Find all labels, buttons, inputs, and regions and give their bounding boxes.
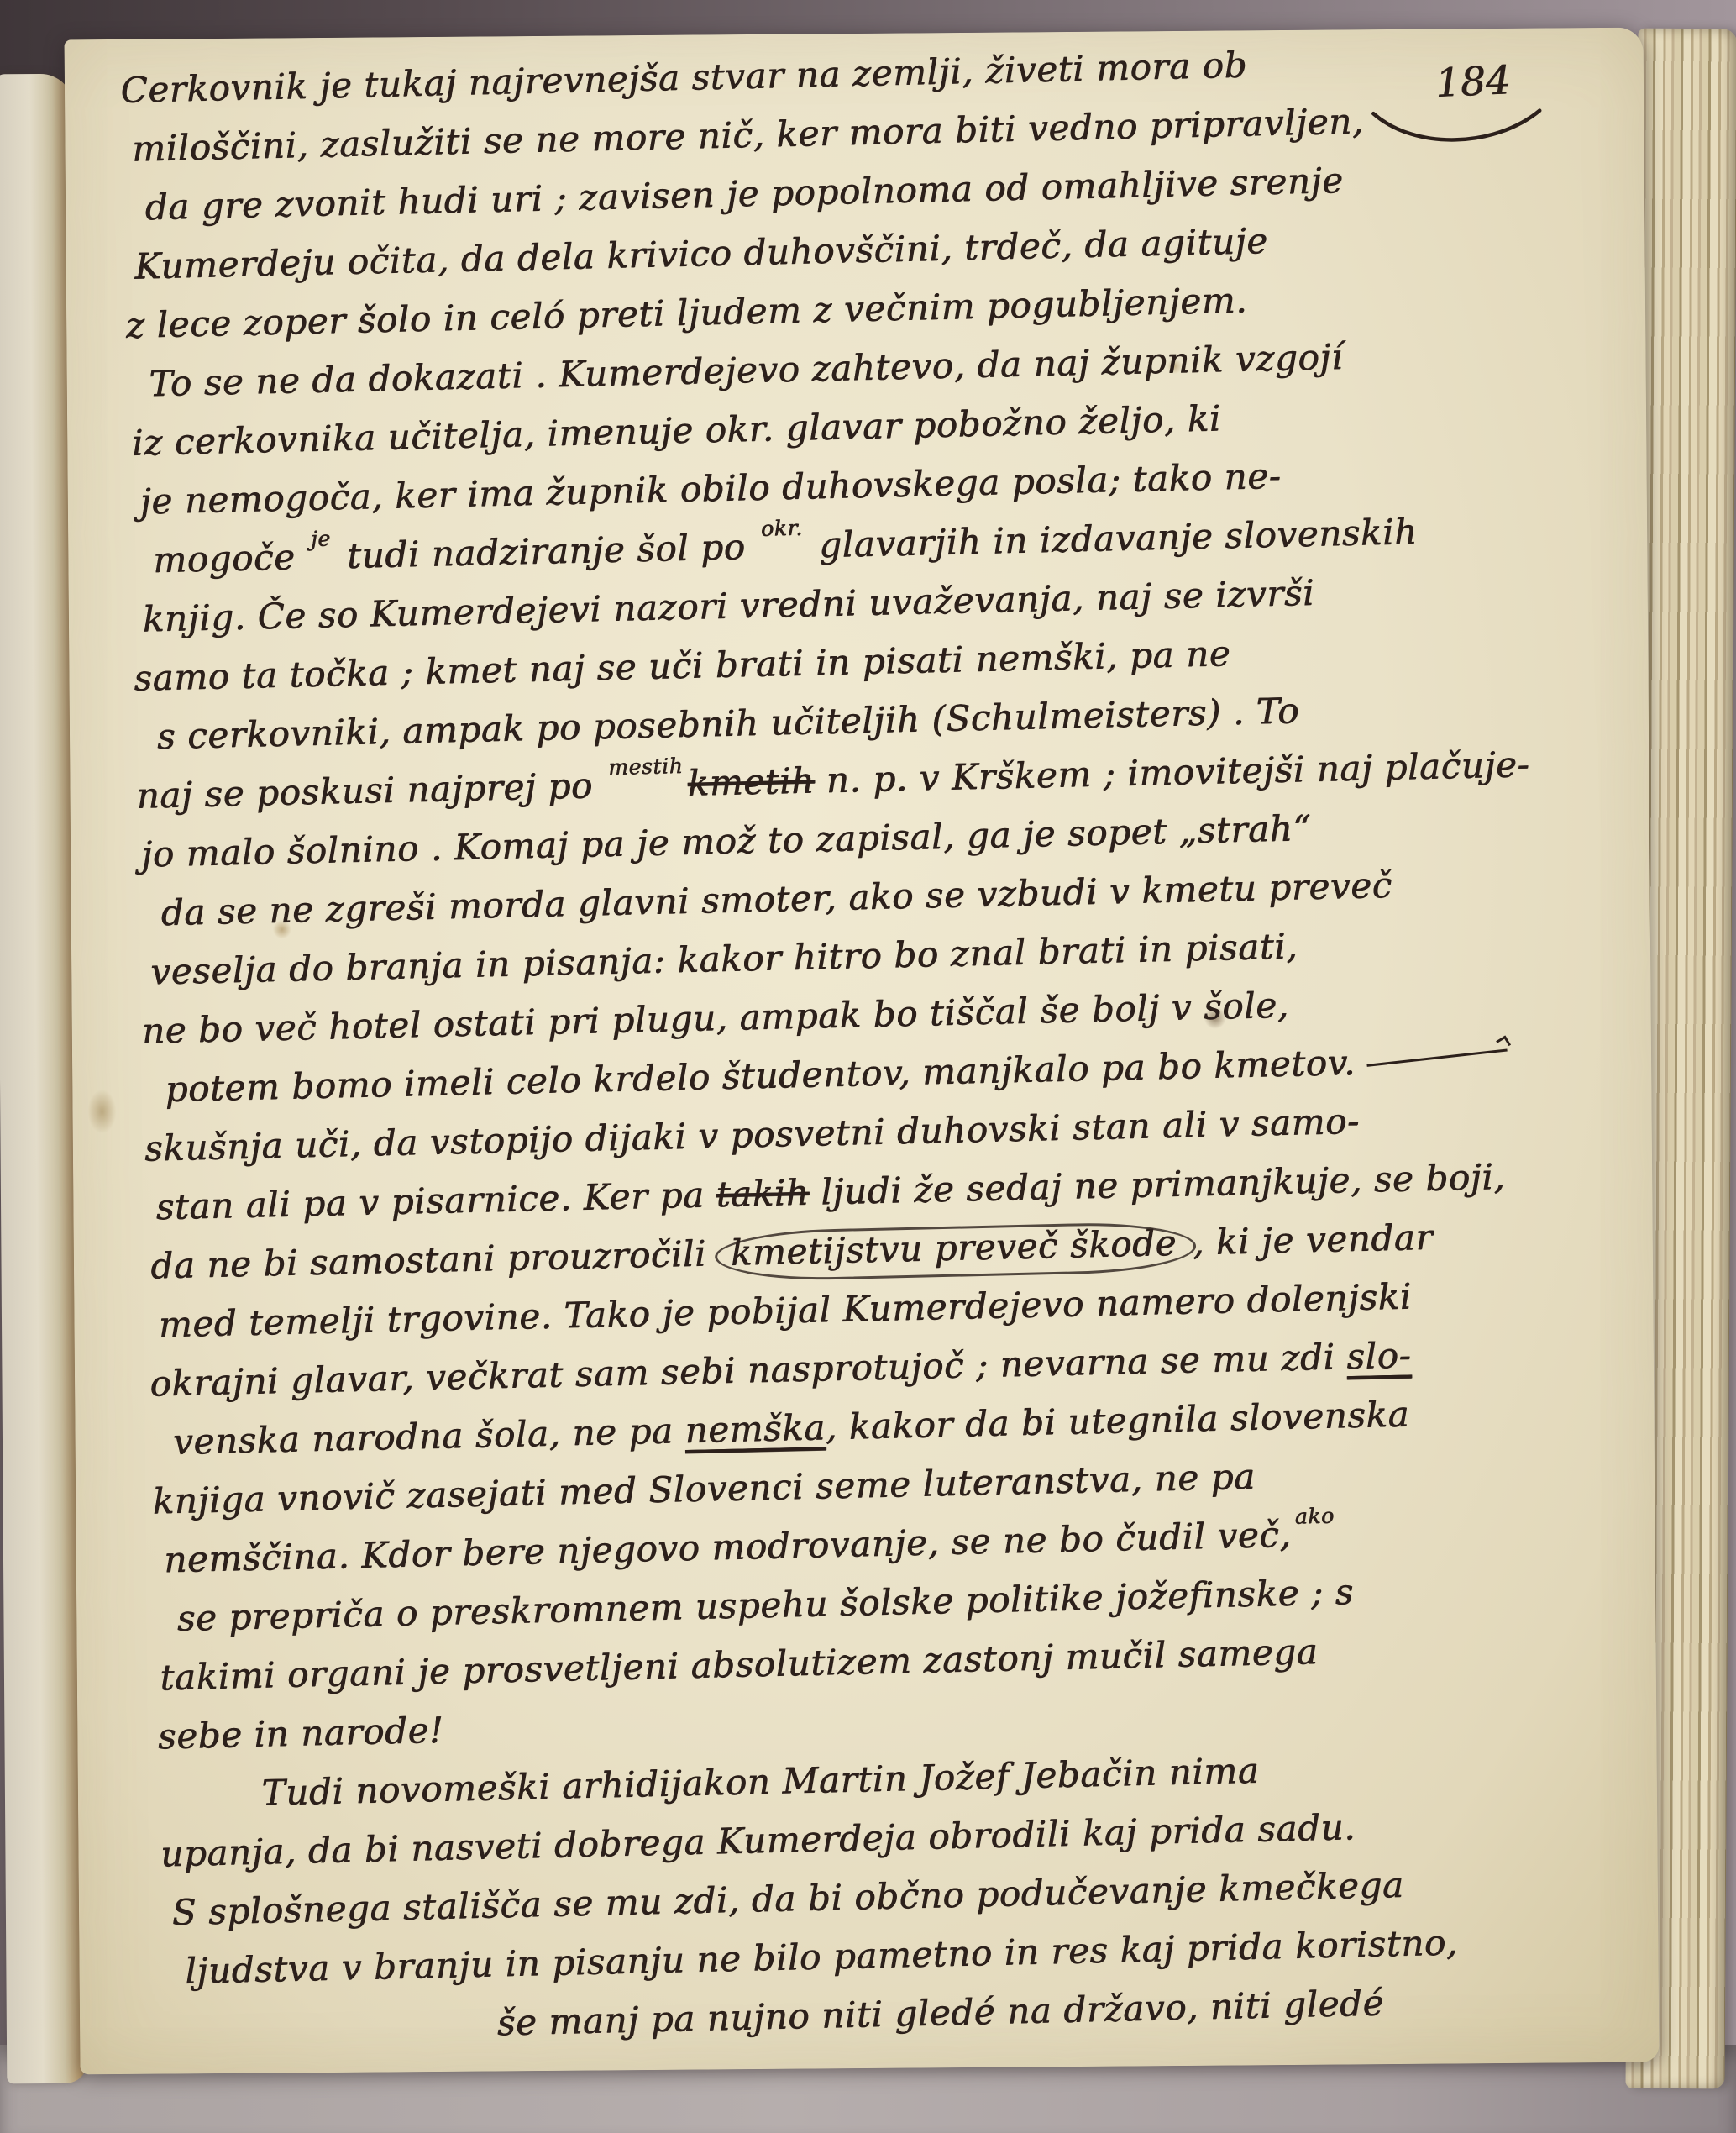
word-run: n. p. v Krškem ; imovitejši naj plačuje- bbox=[814, 743, 1530, 801]
word-run: venska narodna šola, ne pa bbox=[172, 1410, 685, 1463]
word-run: , kakor da bi utegnila slovenska bbox=[825, 1393, 1409, 1447]
word-run: ljudi že sedaj ne primanjkuje, se boji, bbox=[809, 1156, 1506, 1213]
underlined-word: nemška bbox=[684, 1406, 826, 1451]
word-run: glavarjih in izdavanje slovenskih bbox=[807, 511, 1419, 565]
manuscript-photo: 184 Cerkovnik je tukaj najrevnejša stvar… bbox=[0, 0, 1736, 2133]
word-run: naj se poskusi najprej po bbox=[136, 764, 605, 817]
word-run: tudi nadziranje šol po bbox=[335, 526, 758, 576]
struck-word: takih bbox=[716, 1172, 810, 1216]
pen-flourish-icon bbox=[1366, 1041, 1507, 1067]
inserted-word: okr. bbox=[761, 528, 803, 529]
struck-word: kmetih bbox=[687, 759, 815, 803]
word-run: stan ali pa v pisarnice. Ker pa bbox=[155, 1174, 716, 1227]
manuscript-page: 184 Cerkovnik je tukaj najrevnejša stvar… bbox=[65, 28, 1660, 2075]
inserted-word: ako bbox=[1295, 1516, 1335, 1517]
word-run: sebe in narode! bbox=[157, 1710, 443, 1757]
word-run: , ki je vendar bbox=[1192, 1216, 1433, 1263]
underlined-word: slo- bbox=[1346, 1334, 1412, 1377]
word-run: da ne bi samostani prouzročili bbox=[150, 1232, 719, 1286]
handwritten-text: Cerkovnik je tukaj najrevnejša stvar na … bbox=[120, 27, 1677, 2060]
word-run: mogoče bbox=[153, 536, 307, 581]
paper-stain bbox=[87, 1090, 116, 1133]
inserted-word: je bbox=[311, 539, 331, 539]
inserted-word: mestih bbox=[608, 766, 683, 768]
word-run: še manj pa nujno niti gledé na državo, n… bbox=[496, 1982, 1384, 2043]
